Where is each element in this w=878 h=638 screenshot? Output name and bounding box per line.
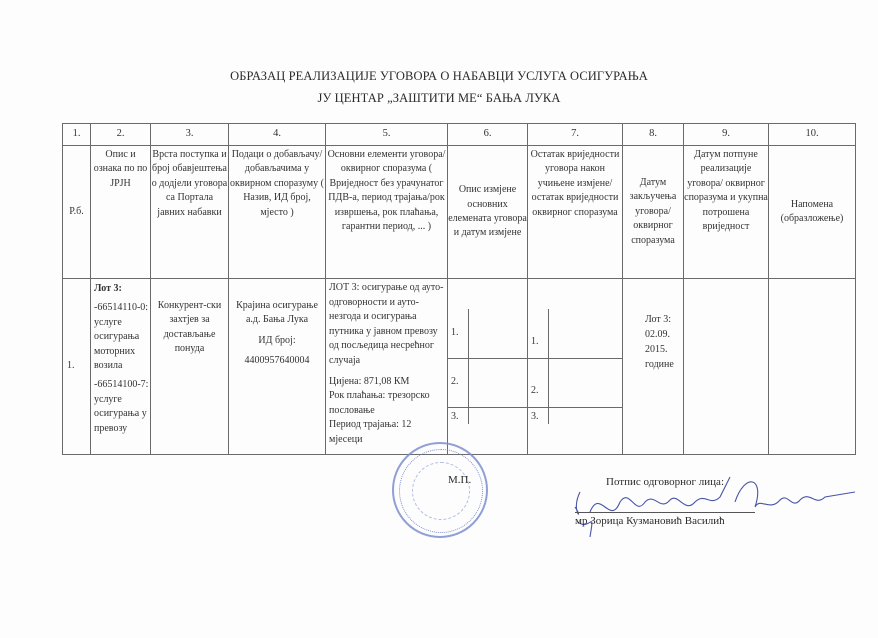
- price: Цијена: 871,08 КМ: [329, 375, 447, 390]
- remaining-1: 1.: [528, 309, 549, 358]
- change-2: 2.: [448, 358, 469, 407]
- col-num-8: 8.: [623, 124, 684, 146]
- supplier-name: Крајина осигурање а.д. Бања Лука: [229, 299, 325, 328]
- supplier-data: Крајина осигурање а.д. Бања Лука ИД број…: [229, 279, 326, 455]
- col-num-2: 2.: [91, 124, 151, 146]
- note: [769, 279, 856, 455]
- document-subtitle: ЈУ ЦЕНТАР „ЗАШТИТИ МЕ“ БАЊА ЛУКА: [0, 91, 878, 106]
- header-procedure-type: Врста поступка и број обавјештења о додј…: [151, 146, 229, 279]
- payment-term: Рок плаћања: трезорско пословање: [329, 389, 447, 418]
- basic-elements: ЛОТ 3: осигурање од ауто-одговорности и …: [326, 279, 448, 455]
- header-supplier-data: Подаци о добављачу/ добављачима у оквирн…: [229, 146, 326, 279]
- header-note: Напомена (образложење): [769, 146, 856, 279]
- header-description: Опис и ознака по по ЈРЈН: [91, 146, 151, 279]
- change-3: 3.: [448, 407, 469, 424]
- lot-description: ЛОТ 3: осигурање од ауто-одговорности и …: [329, 281, 447, 369]
- col-num-3: 3.: [151, 124, 229, 146]
- col-num-4: 4.: [229, 124, 326, 146]
- lot-label: Лот 3:: [94, 282, 150, 296]
- header-basic-elements: Основни елементи уговора/оквирног спораз…: [326, 146, 448, 279]
- header-completion-date: Датум потпуне реализације уговора/ оквир…: [684, 146, 769, 279]
- col-num-1: 1.: [63, 124, 91, 146]
- official-stamp: [392, 442, 488, 538]
- row-number: 1.: [63, 279, 91, 455]
- header-row: Р.б. Опис и ознака по по ЈРЈН Врста пост…: [63, 146, 856, 279]
- signature-line: [575, 512, 755, 513]
- supplier-id-value: 4400957640004: [229, 354, 325, 368]
- conclusion-date: Лот 3: 02.09. 2015. године: [623, 279, 684, 455]
- col-num-10: 10.: [769, 124, 856, 146]
- table-row: 1. Лот 3: -66514110-0: услуге осигурања …: [63, 279, 856, 455]
- cpv-description: Лот 3: -66514110-0: услуге осигурања мот…: [91, 279, 151, 455]
- header-change-description: Опис измјене основних елемената уговора …: [448, 146, 528, 279]
- signature-scribble: [560, 452, 860, 542]
- supplier-id-label: ИД број:: [229, 334, 325, 348]
- col-num-7: 7.: [528, 124, 623, 146]
- cpv-item-1: -66514110-0: услуге осигурања моторних в…: [94, 301, 150, 373]
- col-num-9: 9.: [684, 124, 769, 146]
- column-number-row: 1. 2. 3. 4. 5. 6. 7. 8. 9. 10.: [63, 124, 856, 146]
- remaining-value-cell: 1. 2. 3.: [528, 279, 623, 455]
- stamp-label: М.П.: [448, 474, 471, 486]
- change-subtable: 1. 2. 3.: [448, 309, 527, 424]
- remaining-2: 2.: [528, 358, 549, 407]
- document-title: ОБРАЗАЦ РЕАЛИЗАЦИЈЕ УГОВОРА О НАБАВЦИ УС…: [0, 69, 878, 84]
- header-rb: Р.б.: [63, 146, 91, 279]
- col-num-6: 6.: [448, 124, 528, 146]
- completion-date: [684, 279, 769, 455]
- col-num-5: 5.: [326, 124, 448, 146]
- change-description-cell: 1. 2. 3.: [448, 279, 528, 455]
- change-1: 1.: [448, 309, 469, 358]
- contract-realization-table: 1. 2. 3. 4. 5. 6. 7. 8. 9. 10. Р.б. Опис…: [62, 123, 856, 455]
- procedure-type: Конкурент-ски захтјев за достављање пону…: [151, 279, 229, 455]
- remaining-subtable: 1. 2. 3.: [528, 309, 622, 424]
- signatory-name: мр Зорица Кузмановић Василић: [575, 515, 725, 527]
- cpv-item-2: -66514100-7: услуге осигурања у превозу: [94, 378, 150, 436]
- header-conclusion-date: Датум закључења уговора/ оквирног спораз…: [623, 146, 684, 279]
- remaining-3: 3.: [528, 407, 549, 424]
- header-remaining-value: Остатак вриједности уговора након учињен…: [528, 146, 623, 279]
